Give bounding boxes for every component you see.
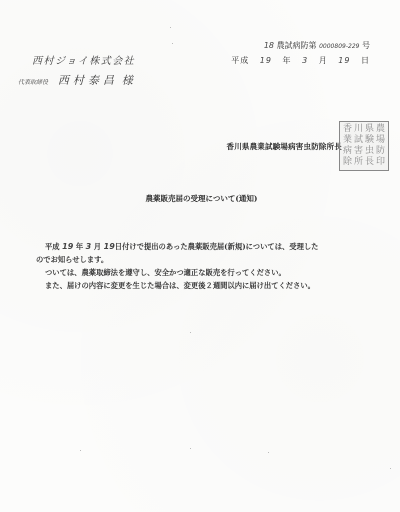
scan-speck (190, 332, 191, 333)
body-date-era: 平成 (45, 242, 60, 251)
stamp-char: 除 (342, 157, 353, 168)
stamp-char: 県 (364, 124, 375, 135)
body-line-4: また、届けの内容に変更を生じた場合は、変更後２週間以内に届け出てください。 (37, 279, 371, 292)
recipient-person: 代表取締役 西村泰昌 様 (18, 72, 137, 88)
scan-speck (190, 448, 191, 449)
body-line-2: のでお知らせします。 (36, 253, 371, 266)
stamp-char: 業 (342, 135, 353, 146)
scan-speck (172, 43, 173, 44)
stamp-char: 長 (364, 157, 375, 168)
stamp-char: 農 (375, 124, 386, 135)
body-date-day: 19 (104, 242, 115, 251)
recipient-title: 代表取締役 (18, 79, 48, 86)
stamp-char: 川 (353, 124, 364, 135)
date-year-unit: 年 (283, 56, 292, 65)
stamp-char: 場 (375, 135, 386, 146)
body-line-1: 平成 19 年 3 月 19日付けで提出のあった農薬販売届(新規)については、受… (37, 240, 371, 253)
doc-number-label: 農試病防第 (277, 41, 317, 50)
document-number: 18 農試病防第 0000809-229 号 (264, 40, 370, 51)
stamp-char: 所 (353, 157, 364, 168)
body-date-year: 19 (62, 242, 73, 251)
recipient-name: 西村泰昌 (58, 74, 118, 87)
stamp-char: 虫 (364, 146, 375, 157)
stamp-char: 防 (375, 146, 386, 157)
document-page: 西村ジョイ株式会社 代表取締役 西村泰昌 様 18 農試病防第 0000809-… (0, 0, 400, 512)
recipient-honorific: 様 (122, 74, 137, 87)
date-day-unit: 日 (361, 56, 370, 65)
doc-number-value: 0000809-229 (319, 43, 359, 50)
stamp-char: 香 (342, 124, 353, 135)
document-date: 平成 19 年 3 月 19 日 (231, 55, 370, 66)
date-day: 19 (338, 56, 350, 65)
document-body: 平成 19 年 3 月 19日付けで提出のあった農薬販売届(新規)については、受… (37, 240, 371, 292)
body-date-year-unit: 年 (76, 242, 83, 251)
scan-speck (268, 452, 269, 453)
official-seal-stamp: 香 川 県 農 業 試 験 場 病 害 虫 防 除 所 長 印 (339, 121, 389, 171)
body-date-month-unit: 月 (94, 242, 101, 251)
body-line-1-text: 日付けで提出のあった農薬販売届(新規)については、受理した (115, 242, 319, 251)
stamp-char: 試 (353, 135, 364, 146)
recipient-company: 西村ジョイ株式会社 (32, 52, 135, 67)
date-month: 3 (302, 56, 308, 65)
date-month-unit: 月 (319, 56, 328, 65)
document-subject: 農薬販売届の受理について(通知) (0, 193, 400, 204)
body-line-3: ついては、農薬取締法を遵守し、安全かつ適正な販売を行ってください。 (37, 266, 371, 279)
body-date-month: 3 (86, 242, 92, 251)
stamp-char: 害 (353, 146, 364, 157)
date-year: 19 (260, 56, 272, 65)
stamp-char: 験 (364, 135, 375, 146)
scan-speck (170, 27, 171, 28)
doc-number-suffix: 号 (362, 41, 370, 50)
doc-number-prefix: 18 (264, 41, 274, 50)
stamp-char: 病 (342, 146, 353, 157)
sender-organization: 香川県農業試験場病害虫防除所長 (227, 141, 343, 152)
stamp-char: 印 (375, 157, 386, 168)
date-era: 平成 (231, 56, 249, 65)
scan-speck (390, 468, 391, 469)
scan-speck (80, 450, 81, 451)
